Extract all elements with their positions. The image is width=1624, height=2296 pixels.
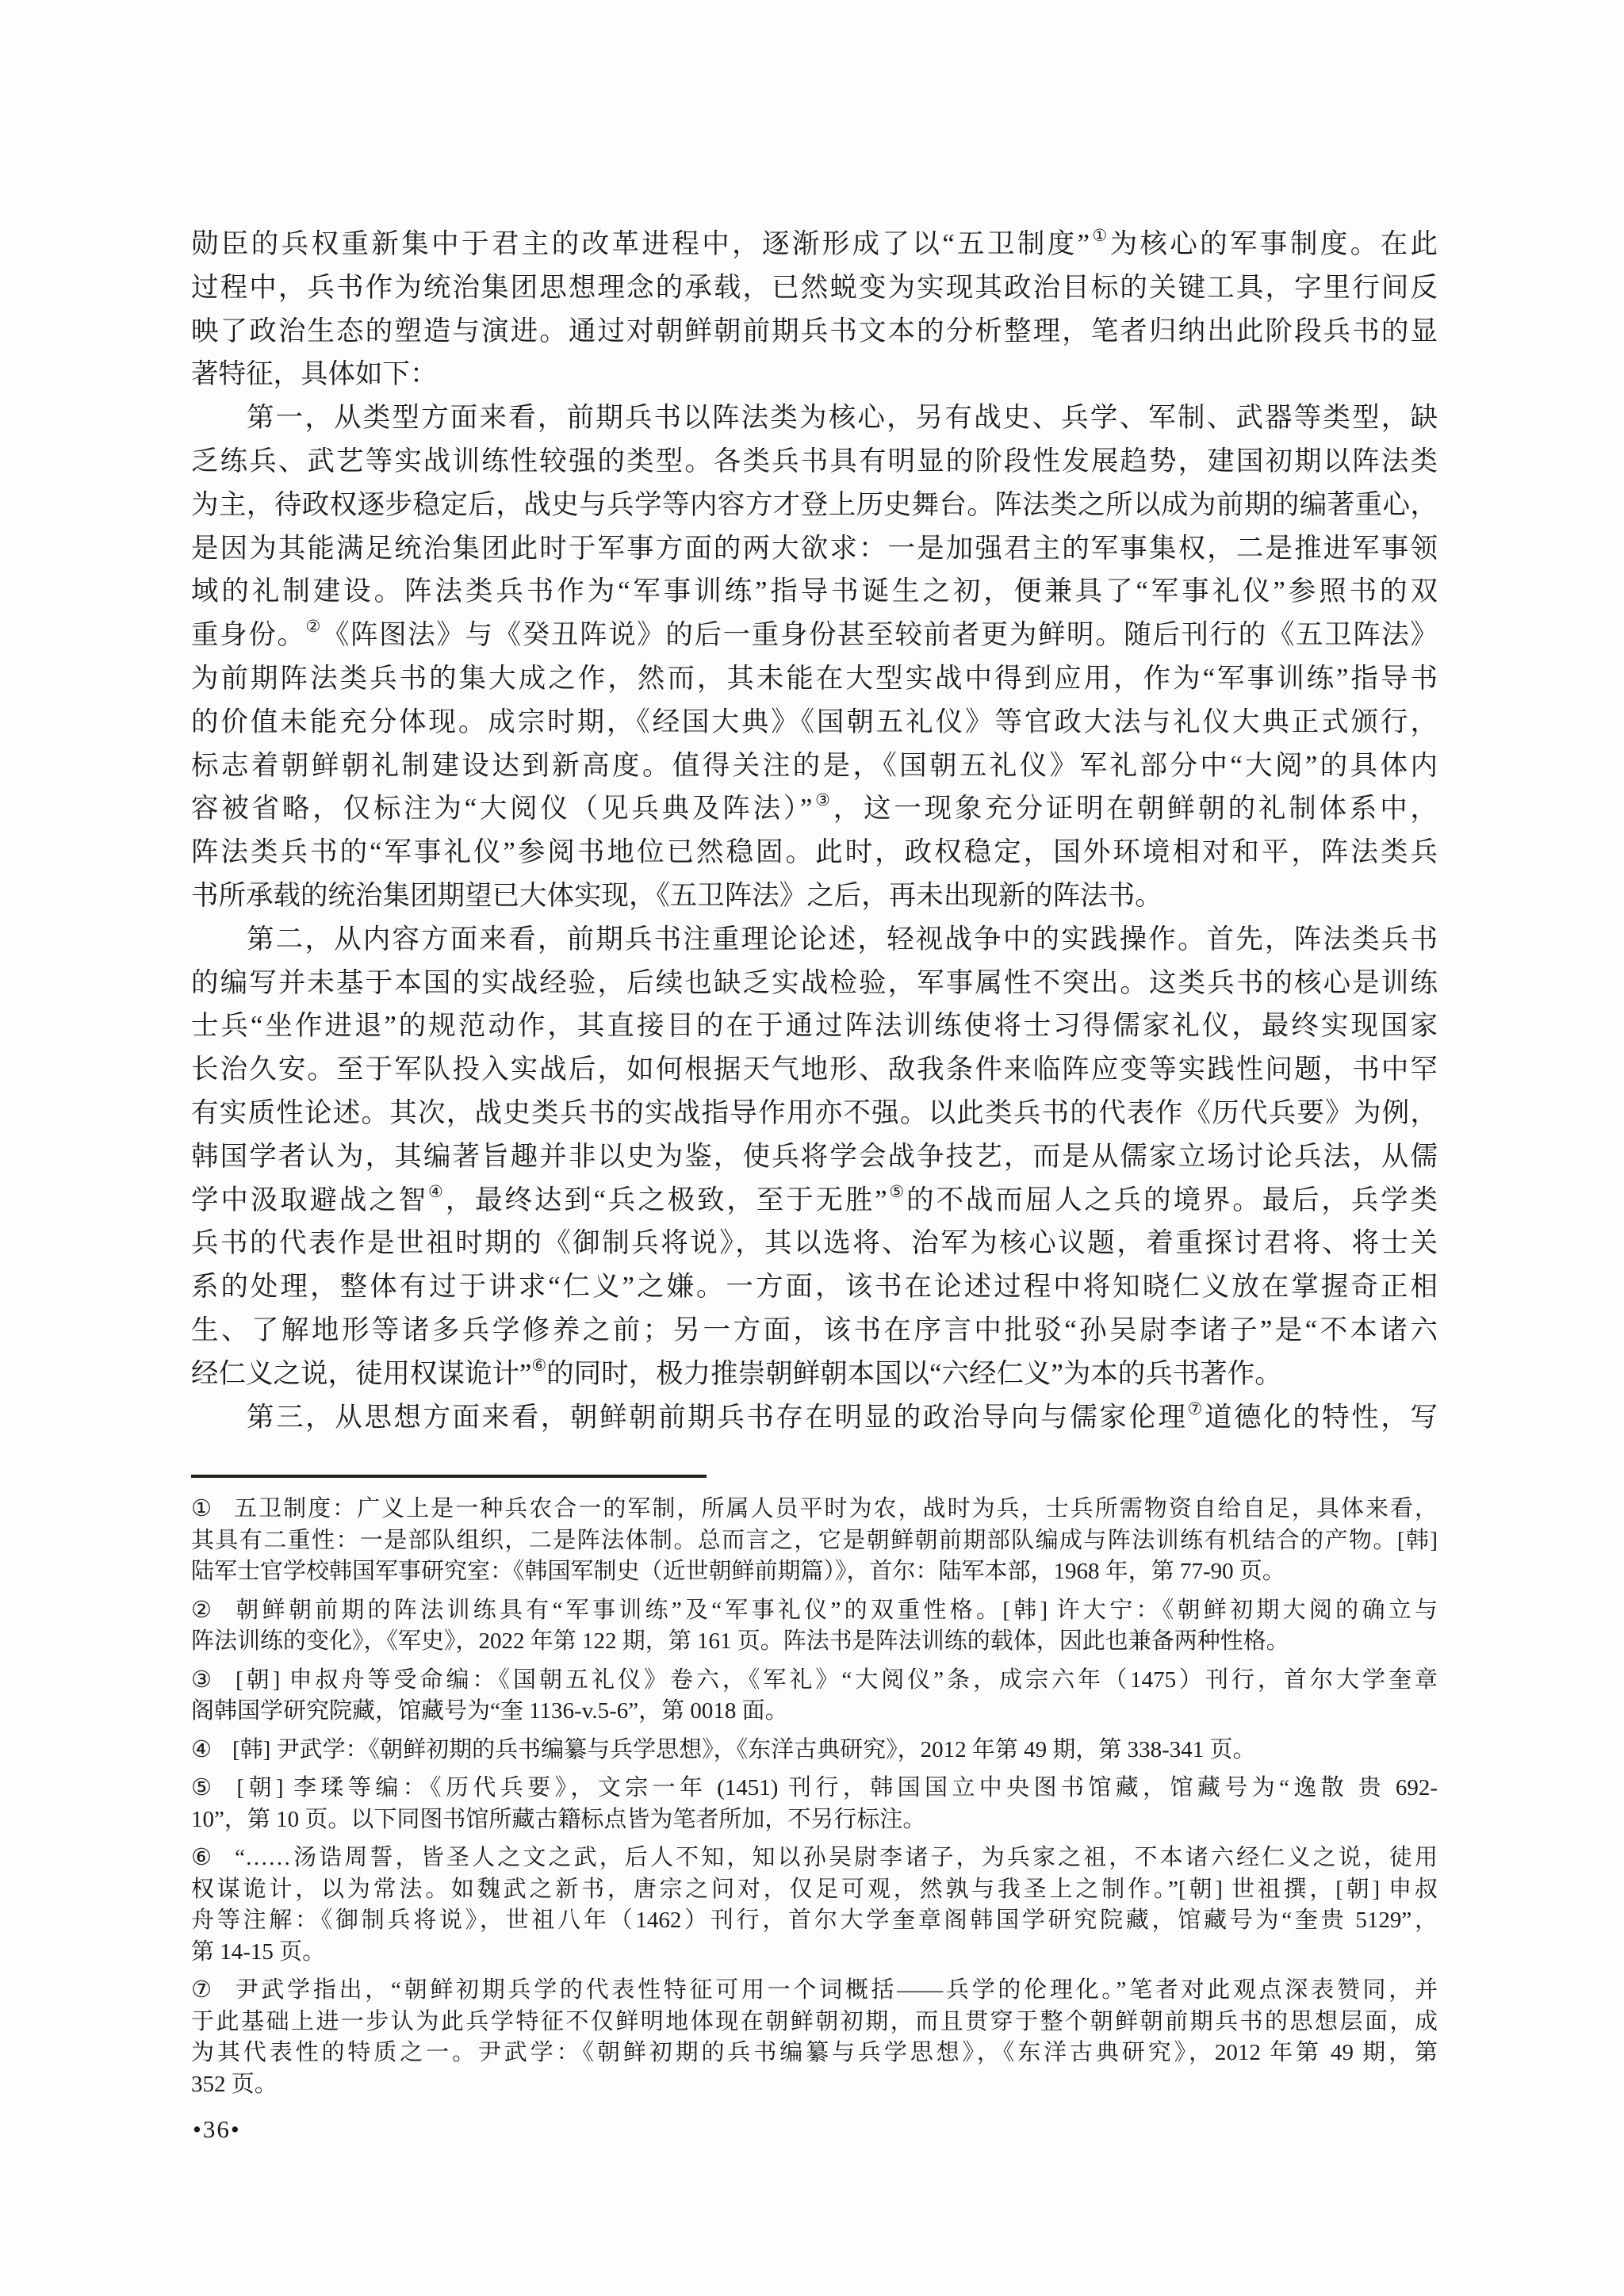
footnote-line: ②朝鲜朝前期的阵法训练具有“军事训练”及“军事礼仪”的双重性格。[韩] 许大宁：… (191, 1595, 1438, 1627)
footnote: ③[朝] 申叔舟等受命编：《国朝五礼仪》卷六，《军礼》“大阅仪”条，成宗六年（1… (191, 1665, 1438, 1728)
body-line: 系的处理，整体有过于讲求“仁义”之嫌。一方面，该书在论述过程中将知晓仁义放在掌握… (191, 1265, 1438, 1309)
body-line: 容被省略，仅标注为“大阅仪（见兵典及阵法）”③，这一现象充分证明在朝鲜朝的礼制体… (191, 787, 1438, 831)
footnote-ref: ④ (428, 1182, 446, 1201)
footnote-line: 为其代表性的特质之一。尹武学：《朝鲜初期的兵书编纂与兵学思想》，《东洋古典研究》… (191, 2038, 1438, 2069)
footnote-ref: ② (305, 617, 321, 636)
body-line: 第一，从类型方面来看，前期兵书以阵法类为核心，另有战史、兵学、军制、武器等类型，… (191, 396, 1438, 440)
footnote-line: ④[韩] 尹武学：《朝鲜初期的兵书编纂与兵学思想》，《东洋古典研究》，2012 … (191, 1735, 1438, 1766)
footnote: ⑤[朝] 李瑈等编：《历代兵要》，文宗一年 (1451) 刊行，韩国国立中央图书… (191, 1773, 1438, 1835)
footnote-line: ①五卫制度：广义上是一种兵农合一的军制，所属人员平时为农，战时为兵，士兵所需物资… (191, 1494, 1438, 1525)
body-line: 第三，从思想方面来看，朝鲜朝前期兵书存在明显的政治导向与儒家伦理⑦道德化的特性，… (191, 1396, 1438, 1440)
footnote-marker: ③ (191, 1667, 215, 1693)
body-line: 长治久安。至于军队投入实战后，如何根据天气地形、敌我条件来临阵应变等实践性问题，… (191, 1048, 1438, 1092)
body-line: 经仁义之说，徒用权谋诡计”⑥的同时，极力推崇朝鲜朝本国以“六经仁义”为本的兵书著… (191, 1353, 1438, 1396)
footnote: ②朝鲜朝前期的阵法训练具有“军事训练”及“军事礼仪”的双重性格。[韩] 许大宁：… (191, 1595, 1438, 1658)
footnote-line: 舟等注解：《御制兵将说》，世祖八年（1462）刊行，首尔大学奎章阁韩国学研究院藏… (191, 1905, 1438, 1937)
body-line: 乏练兵、武艺等实战训练性较强的类型。各类兵书具有明显的阶段性发展趋势，建国初期以… (191, 440, 1438, 484)
body-line: 学中汲取避战之智④，最终达到“兵之极致，至于无胜”⑤的不战而屈人之兵的境界。最后… (191, 1179, 1438, 1223)
body-text: 勋臣的兵权重新集中于君主的改革进程中，逐渐形成了以“五卫制度”①为核心的军事制度… (191, 223, 1438, 1439)
body-line: 域的礼制建设。阵法类兵书作为“军事训练”指导书诞生之初，便兼具了“军事礼仪”参照… (191, 570, 1438, 614)
footnote-ref: ⑤ (887, 1182, 907, 1201)
footnote-marker: ⑥ (191, 1845, 214, 1870)
footnote-line: 陆军士官学校韩国军事研究室：《韩国军制史（近世朝鲜前期篇）》，首尔：陆军本部，1… (191, 1556, 1438, 1588)
body-line: 的价值未能充分体现。成宗时期，《经国大典》《国朝五礼仪》等官政大法与礼仪大典正式… (191, 701, 1438, 744)
footnote-line: 阁韩国学研究院藏，馆藏号为“奎 1136-v.5-6”，第 0018 面。 (191, 1696, 1438, 1728)
body-line: 士兵“坐作进退”的规范动作，其直接目的在于通过阵法训练使将士习得儒家礼仪，最终实… (191, 1004, 1438, 1048)
footnote: ④[韩] 尹武学：《朝鲜初期的兵书编纂与兵学思想》，《东洋古典研究》，2012 … (191, 1735, 1438, 1766)
page-number: •36• (193, 2115, 241, 2144)
footnote: ⑦尹武学指出，“朝鲜初期兵学的代表性特征可用一个词概括——兵学的伦理化。”笔者对… (191, 1975, 1438, 2100)
footnotes: ①五卫制度：广义上是一种兵农合一的军制，所属人员平时为农，战时为兵，士兵所需物资… (191, 1494, 1438, 2107)
body-line: 勋臣的兵权重新集中于君主的改革进程中，逐渐形成了以“五卫制度”①为核心的军事制度… (191, 223, 1438, 266)
body-line: 重身份。②《阵图法》与《癸丑阵说》的后一重身份甚至较前者更为鲜明。随后刊行的《五… (191, 614, 1438, 657)
footnote-line: ③[朝] 申叔舟等受命编：《国朝五礼仪》卷六，《军礼》“大阅仪”条，成宗六年（1… (191, 1665, 1438, 1697)
footnote-marker: ① (191, 1496, 213, 1521)
body-line: 书所承载的统治集团期望已大体实现，《五卫阵法》之后，再未出现新的阵法书。 (191, 874, 1438, 918)
body-line: 是因为其能满足统治集团此时于军事方面的两大欲求：一是加强君主的军事集权，二是推进… (191, 527, 1438, 571)
footnote-line: ⑦尹武学指出，“朝鲜初期兵学的代表性特征可用一个词概括——兵学的伦理化。”笔者对… (191, 1975, 1438, 2007)
footnote-line: 10”，第 10 页。以下同图书馆所藏古籍标点皆为笔者所加，不另行标注。 (191, 1804, 1438, 1836)
footnote-ref: ⑥ (531, 1356, 546, 1375)
document-page: 勋臣的兵权重新集中于君主的改革进程中，逐渐形成了以“五卫制度”①为核心的军事制度… (0, 0, 1624, 2296)
body-line: 为主，待政权逐步稳定后，战史与兵学等内容方才登上历史舞台。阵法类之所以成为前期的… (191, 484, 1438, 527)
footnote-line: ⑤[朝] 李瑈等编：《历代兵要》，文宗一年 (1451) 刊行，韩国国立中央图书… (191, 1773, 1438, 1804)
body-line: 标志着朝鲜朝礼制建设达到新高度。值得关注的是，《国朝五礼仪》军礼部分中“大阅”的… (191, 744, 1438, 788)
footnote-separator-rule (191, 1475, 707, 1478)
footnote-marker: ⑤ (191, 1775, 216, 1800)
footnote-line: 于此基础上进一步认为此兵学特征不仅鲜明地体现在朝鲜朝初期，而且贯穿于整个朝鲜朝前… (191, 2007, 1438, 2038)
footnote-marker: ④ (191, 1737, 212, 1762)
footnote-ref: ③ (812, 790, 833, 809)
body-line: 阵法类兵书的“军事礼仪”参阅书地位已然稳固。此时，政权稳定，国外环境相对和平，阵… (191, 831, 1438, 874)
body-line: 第二，从内容方面来看，前期兵书注重理论论述，轻视战争中的实践操作。首先，阵法类兵… (191, 918, 1438, 962)
footnote-ref: ① (1090, 226, 1110, 245)
footnote-marker: ② (191, 1598, 215, 1623)
footnote: ①五卫制度：广义上是一种兵农合一的军制，所属人员平时为农，战时为兵，士兵所需物资… (191, 1494, 1438, 1588)
body-line: 的编写并未基于本国的实战经验，后续也缺乏实战检验，军事属性不突出。这类兵书的核心… (191, 962, 1438, 1005)
footnote-line: 第 14-15 页。 (191, 1937, 1438, 1969)
body-line: 生、了解地形等诸多兵学修养之前；另一方面，该书在序言中批驳“孙吴尉李诸子”是“不… (191, 1309, 1438, 1353)
footnote-line: 352 页。 (191, 2069, 1438, 2101)
footnote-ref: ⑦ (1188, 1399, 1205, 1418)
body-line: 有实质性论述。其次，战史类兵书的实战指导作用亦不强。以此类兵书的代表作《历代兵要… (191, 1092, 1438, 1135)
body-line: 为前期阵法类兵书的集大成之作，然而，其未能在大型实战中得到应用，作为“军事训练”… (191, 657, 1438, 701)
body-line: 兵书的代表作是世祖时期的《御制兵将说》，其以选将、治军为核心议题，着重探讨君将、… (191, 1222, 1438, 1265)
body-line: 著特征，具体如下： (191, 353, 1438, 396)
footnote-line: 阵法训练的变化》，《军史》，2022 年第 122 期，第 161 页。阵法书是… (191, 1626, 1438, 1658)
footnote: ⑥“……汤诰周誓，皆圣人之文之武，后人不知，知以孙吴尉李诸子，为兵家之祖，不本诸… (191, 1843, 1438, 1968)
footnote-line: 权谋诡计，以为常法。如魏武之新书，唐宗之问对，仅足可观，然孰与我圣上之制作。”[… (191, 1874, 1438, 1906)
footnote-line: ⑥“……汤诰周誓，皆圣人之文之武，后人不知，知以孙吴尉李诸子，为兵家之祖，不本诸… (191, 1843, 1438, 1874)
body-line: 映了政治生态的塑造与演进。通过对朝鲜朝前期兵书文本的分析整理，笔者归纳出此阶段兵… (191, 310, 1438, 354)
footnote-marker: ⑦ (191, 1977, 215, 2003)
body-line: 过程中，兵书作为统治集团思想理念的承载，已然蜕变为实现其政治目标的关键工具，字里… (191, 266, 1438, 310)
footnote-line: 其具有二重性：一是部队组织，二是阵法体制。总而言之，它是朝鲜朝前期部队编成与阵法… (191, 1525, 1438, 1557)
body-line: 韩国学者认为，其编著旨趣并非以史为鉴，使兵将学会战争技艺，而是从儒家立场讨论兵法… (191, 1135, 1438, 1179)
